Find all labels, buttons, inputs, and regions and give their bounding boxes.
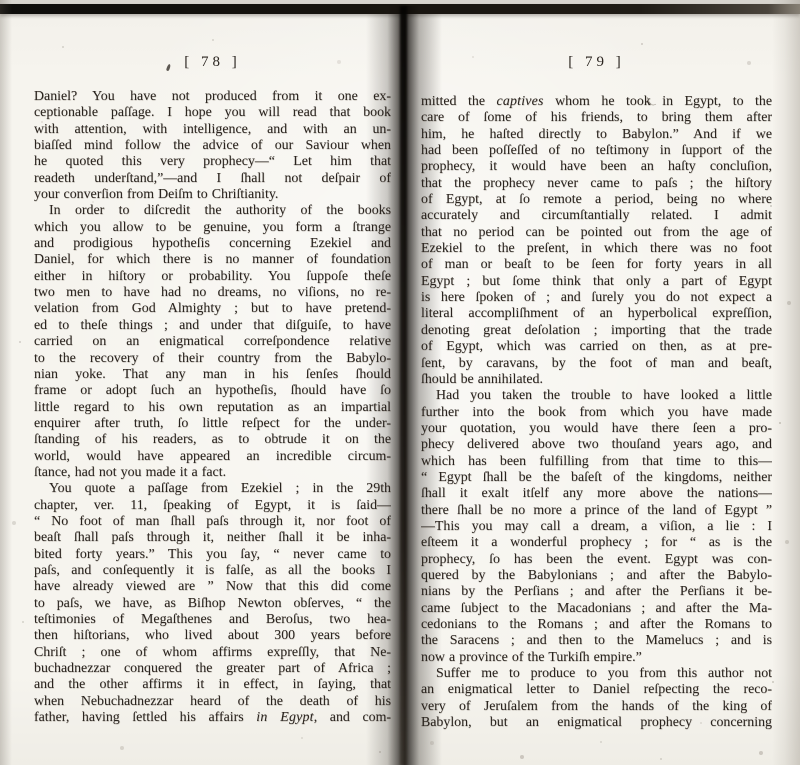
left-page: [ 78 ] Daniel? You have not produced fro… xyxy=(34,54,391,726)
text-line: —This you may call a dream, a viſion, a … xyxy=(421,519,772,535)
text-line: there ſhall be no more a prince of the l… xyxy=(421,503,772,519)
text-line: your quotation, you would have there ſee… xyxy=(421,421,772,437)
text-line: nians by the Perſians ; and after the Pe… xyxy=(421,584,772,600)
text-line: bited forty years.” This you ſay, “ neve… xyxy=(34,547,391,563)
right-page: [ 79 ] mitted the captives whom he took … xyxy=(421,54,772,731)
text-line: beaſt ſhall paſs through it, neither ſha… xyxy=(34,530,391,546)
text-line: of Egypt, at ſo remote a period, being n… xyxy=(421,192,772,208)
text-line: chapter, ver. 11, ſpeaking of Egypt, it … xyxy=(34,498,391,514)
text-line: which you allow to be genuine, you form … xyxy=(34,220,391,236)
text-line: velation from God Almighty ; but to have… xyxy=(34,301,391,317)
text-line: care of ſome of his friends, to bring th… xyxy=(421,110,772,126)
text-line: Daniel? You have not produced from it on… xyxy=(34,89,391,105)
text-line: prophecy, it would have been an haſty co… xyxy=(421,159,772,175)
text-line: Babylon, but an enigmatical prophecy con… xyxy=(421,715,772,731)
text-line: an enigmatical letter to Daniel reſpecti… xyxy=(421,682,772,698)
text-line: paſs, and conſequently it is falſe, as a… xyxy=(34,563,391,579)
text-line: then hiſtorians, who lived about 300 yea… xyxy=(34,628,391,644)
left-page-text: Daniel? You have not produced from it on… xyxy=(34,89,391,726)
text-line: he quoted this very prophecy—“ Let him t… xyxy=(34,154,391,170)
text-line: ceptionable paſſage. I hope you will rea… xyxy=(34,105,391,121)
text-line: Ezekiel to the preſent, in which there w… xyxy=(421,241,772,257)
right-page-text: mitted the captives whom he took in Egyp… xyxy=(421,94,772,731)
text-line: that no period can be pointed out from t… xyxy=(421,225,772,241)
text-line: In order to diſcredit the authority of t… xyxy=(34,203,391,219)
text-line: your converſion from Deiſm to Chriſtiani… xyxy=(34,187,391,203)
text-line: father, having ſettled his affairs in Eg… xyxy=(34,710,391,726)
text-line: have already viewed are ” Now that this … xyxy=(34,579,391,595)
text-line: nian yoke. That any man in his ſenſes ſh… xyxy=(34,367,391,383)
text-line: readeth underſtand,”—and I ſhall not deſ… xyxy=(34,171,391,187)
text-line: came ſubject to the Macadonians ; and af… xyxy=(421,601,772,617)
text-line: literal accompliſhment of an hyperbolica… xyxy=(421,306,772,322)
text-line: of man or beaſt to be ſeen for forty yea… xyxy=(421,257,772,273)
text-line: ſtanding of his readers, as to obtrude i… xyxy=(34,432,391,448)
text-line: Chriſt ; one of whom affirms expreſſly, … xyxy=(34,645,391,661)
text-line: to the recovery of their country from th… xyxy=(34,351,391,367)
book-scan: [ 78 ] Daniel? You have not produced fro… xyxy=(0,0,800,765)
text-line: two men to have had no dreams, no viſion… xyxy=(34,285,391,301)
text-line: mitted the captives whom he took in Egyp… xyxy=(421,94,772,110)
scan-right-edge-shading xyxy=(772,0,800,765)
text-line: very of Jeruſalem from the hands of the … xyxy=(421,699,772,715)
left-page-number: [ 78 ] xyxy=(34,54,391,71)
text-line: ed to theſe things ; and under that diſg… xyxy=(34,318,391,334)
paper-speckle-noise xyxy=(0,0,2,2)
text-line: ſhall it exalt itſelf any more above the… xyxy=(421,486,772,502)
text-line: that the prophecy never came to paſs ; t… xyxy=(421,176,772,192)
text-line: biaſſed mind follow the advice of our Sa… xyxy=(34,138,391,154)
text-line: and the other affirms it in effect, in ſ… xyxy=(34,677,391,693)
text-line: ſtance, had not you made it a fact. xyxy=(34,465,391,481)
text-line: eſteem it a wonderful prophecy ; for “ a… xyxy=(421,535,772,551)
text-line: “ Egypt ſhall be the baſeſt of the kingd… xyxy=(421,470,772,486)
text-line: denoting great deſolation ; importing th… xyxy=(421,323,772,339)
right-page-number: [ 79 ] xyxy=(421,54,772,71)
text-line: little regard to his own reputation as a… xyxy=(34,400,391,416)
text-line: Had you taken the trouble to have looked… xyxy=(421,388,772,404)
text-line: had been poſſeſſed of no teſtimony in ſu… xyxy=(421,143,772,159)
text-line: buchadnezzar conquered the greater part … xyxy=(34,661,391,677)
text-line: and prodigious hypotheſis concerning Eze… xyxy=(34,236,391,252)
text-line: cedonians to the Romans ; and after the … xyxy=(421,617,772,633)
text-line: quered by the Babylonians ; and after th… xyxy=(421,568,772,584)
text-line: “ No foot of man ſhall paſs through it, … xyxy=(34,514,391,530)
text-line: Daniel, for which there is no manner of … xyxy=(34,252,391,268)
text-line: accurately and circumſtantially related.… xyxy=(421,208,772,224)
scan-left-edge-shading xyxy=(0,0,12,765)
text-line: world, would have appeared an incredible… xyxy=(34,449,391,465)
text-line: to paſs, we have, as Biſhop Newton obſer… xyxy=(34,596,391,612)
text-line: which has been fulfilling from that time… xyxy=(421,454,772,470)
text-line: either in hiſtory or probability. You ſu… xyxy=(34,269,391,285)
text-line: further into the book from which you hav… xyxy=(421,405,772,421)
text-line: with attention, with intelligence, and w… xyxy=(34,122,391,138)
text-line: phecy delivered above two thouſand years… xyxy=(421,437,772,453)
text-line: the Saracens ; and then to the Mamelucs … xyxy=(421,633,772,649)
text-line: now a province of the Turkiſh empire.” xyxy=(421,650,772,666)
text-line: carried on an enigmatical correſpondence… xyxy=(34,334,391,350)
text-line: ſent, by caravans, by the foot of man an… xyxy=(421,356,772,372)
text-line: of Egypt, which was carried on then, as … xyxy=(421,339,772,355)
text-line: Egypt ; but ſome think that only a part … xyxy=(421,274,772,290)
text-line: is here ſpoken of ; and ſurely you do no… xyxy=(421,290,772,306)
text-line: prophecy, ſo has been the event. Egypt w… xyxy=(421,552,772,568)
text-line: You quote a paſſage from Ezekiel ; in th… xyxy=(34,481,391,497)
text-line: enquirer after truth, ſo little reſpect … xyxy=(34,416,391,432)
text-line: frame or adopt ſuch an hypotheſis, ſhoul… xyxy=(34,383,391,399)
text-line: ſhould be annihilated. xyxy=(421,372,772,388)
text-line: him, he haſted directly to Babylon.” And… xyxy=(421,127,772,143)
text-line: when Nebuchadnezzar heard of the death o… xyxy=(34,694,391,710)
text-line: Suffer me to produce to you from this au… xyxy=(421,666,772,682)
text-line: teſtimonies of Megaſthenes and Beroſus, … xyxy=(34,612,391,628)
